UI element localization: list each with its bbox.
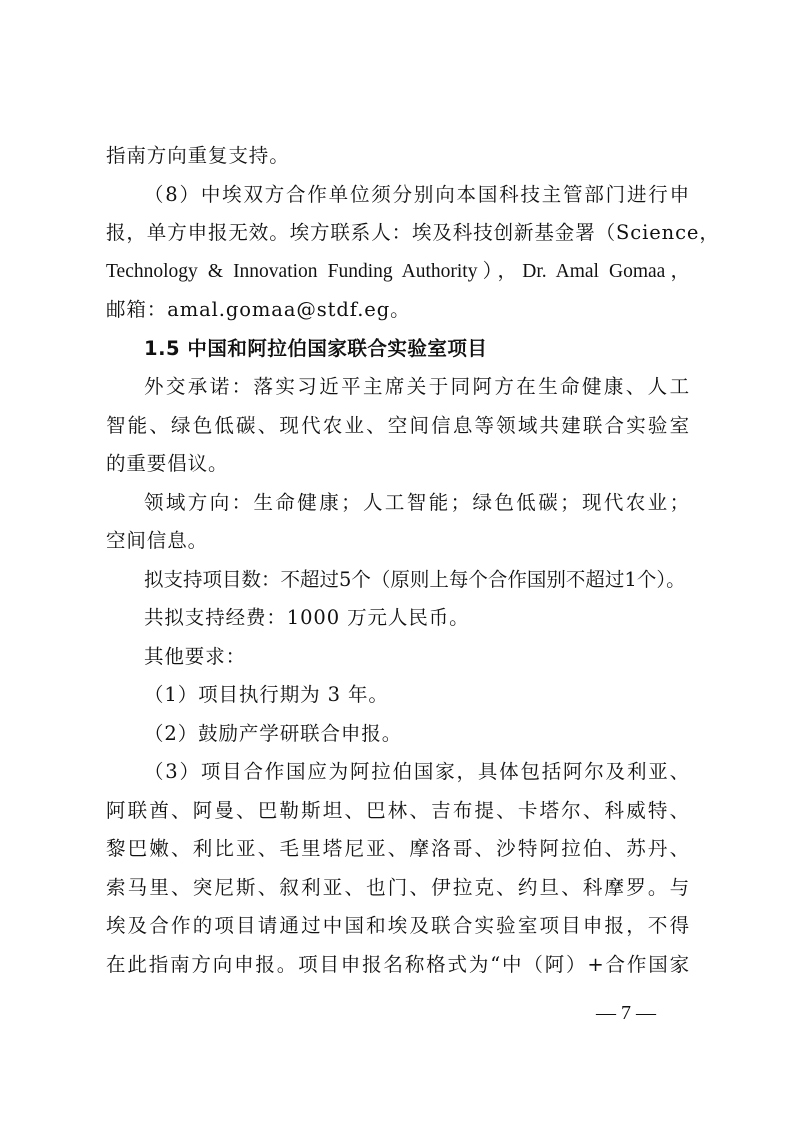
list-item: （3）项目合作国应为阿拉伯国家，具体包括阿尔及利亚、 [144,753,690,791]
paragraph-line: 的重要倡议。 [106,445,690,483]
paragraph-line: 指南方向重复支持。 [106,137,690,175]
paragraph-line: （8）中埃双方合作单位须分别向本国科技主管部门进行申 [144,176,690,214]
paragraph-line: 领域方向：生命健康；人工智能；绿色低碳；现代农业； [144,484,690,522]
section-heading: 1.5 中国和阿拉伯国家联合实验室项目 [144,330,690,368]
paragraph-line: 黎巴嫩、利比亚、毛里塔尼亚、摩洛哥、沙特阿拉伯、苏丹、 [106,830,690,868]
document-page: 指南方向重复支持。 （8）中埃双方合作单位须分别向本国科技主管部门进行申 报，单… [0,0,794,1123]
paragraph-line: 拟支持项目数：不超过5个（原则上每个合作国别不超过1个）。 [144,561,690,599]
paragraph-line: 智能、绿色低碳、现代农业、空间信息等领域共建联合实验室 [106,407,690,445]
paragraph-line: 共拟支持经费：1000 万元人民币。 [144,599,690,637]
paragraph-line: 索马里、突尼斯、叙利亚、也门、伊拉克、约旦、科摩罗。与 [106,869,690,907]
paragraph-line: 阿联酋、阿曼、巴勒斯坦、巴林、吉布提、卡塔尔、科威特、 [106,792,690,830]
paragraph-line: 其他要求： [144,638,690,676]
paragraph-line: 邮箱：amal.gomaa@stdf.eg。 [106,291,690,329]
list-item: （2）鼓励产学研联合申报。 [144,715,690,753]
paragraph-line: 在此指南方向申报。项目申报名称格式为“中（阿）+合作国家 [106,946,690,984]
paragraph-line: 埃及合作的项目请通过中国和埃及联合实验室项目申报，不得 [106,907,690,945]
paragraph-line: 空间信息。 [106,522,690,560]
paragraph-line: 报，单方申报无效。埃方联系人：埃及科技创新基金署（Science， [106,214,690,252]
list-item: （1）项目执行期为 3 年。 [144,676,690,714]
page-number: — 7 — [596,1002,656,1025]
paragraph-line: Technology & Innovation Funding Authorit… [106,253,690,291]
paragraph-line: 外交承诺：落实习近平主席关于同阿方在生命健康、人工 [144,368,690,406]
